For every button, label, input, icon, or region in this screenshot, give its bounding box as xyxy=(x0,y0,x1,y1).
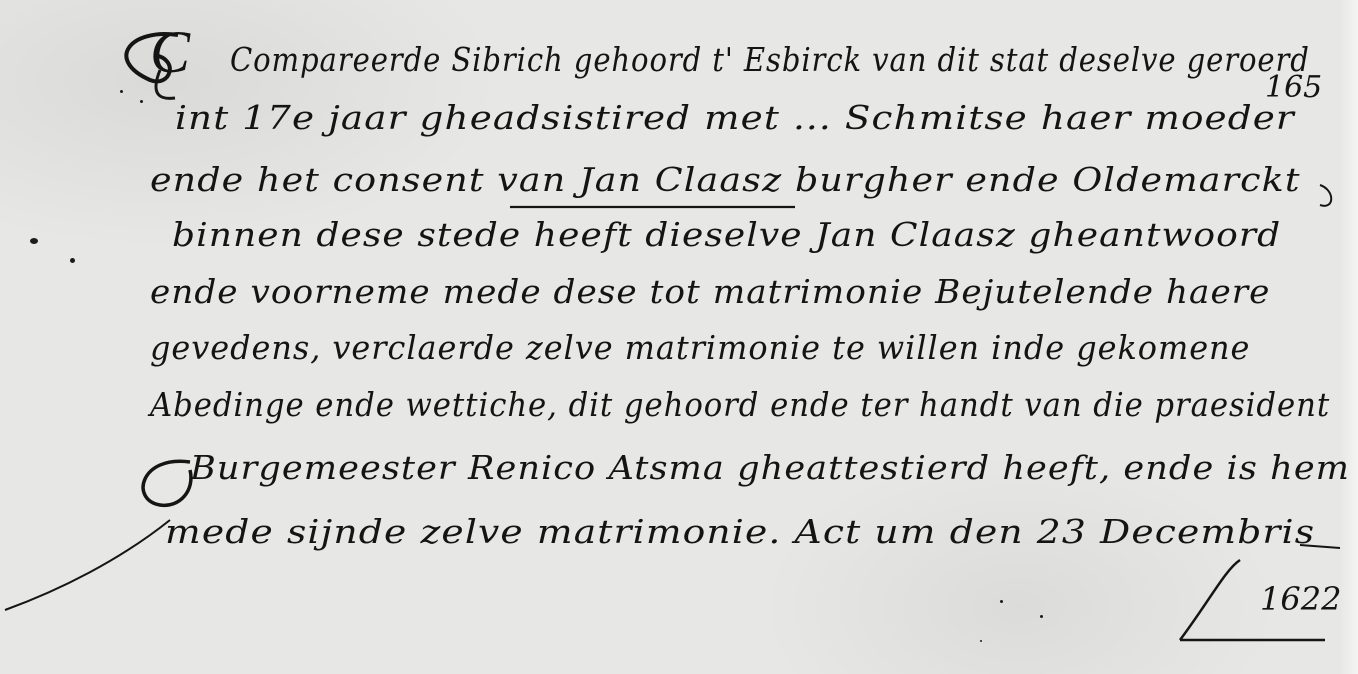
text-line-5: ende voorneme mede dese tot matrimonie B… xyxy=(150,272,1270,311)
ink-speck xyxy=(1000,600,1003,603)
text-line-1: Compareerde Sibrich gehoord t' Esbirck v… xyxy=(230,40,1310,79)
ink-speck xyxy=(70,258,75,263)
text-line-2: int 17e jaar gheadsistired met ... Schmi… xyxy=(175,98,1295,137)
drop-cap: C xyxy=(150,18,190,87)
text-line-6: gevedens, verclaerde zelve matrimonie te… xyxy=(150,328,1250,367)
ink-speck xyxy=(140,100,143,103)
text-line-4: binnen dese stede heeft dieselve Jan Cla… xyxy=(172,215,1281,254)
text-line-3: ende het consent van Jan Claasz burgher … xyxy=(150,160,1301,199)
ink-speck xyxy=(1040,615,1043,618)
ink-speck xyxy=(980,640,982,642)
margin-number: 165 xyxy=(1265,70,1322,105)
text-line-8: Burgemeester Renico Atsma gheattestierd … xyxy=(190,448,1350,487)
date-year: 1622 xyxy=(1260,580,1341,618)
text-line-7: Abedinge ende wettiche, dit gehoord ende… xyxy=(150,385,1330,424)
text-line-9: mede sijnde zelve matrimonie. Act um den… xyxy=(165,512,1315,551)
ink-speck xyxy=(30,238,38,244)
ink-speck xyxy=(120,90,123,93)
document-page: C Compareerde Sibrich gehoord t' Esbirck… xyxy=(0,0,1358,674)
